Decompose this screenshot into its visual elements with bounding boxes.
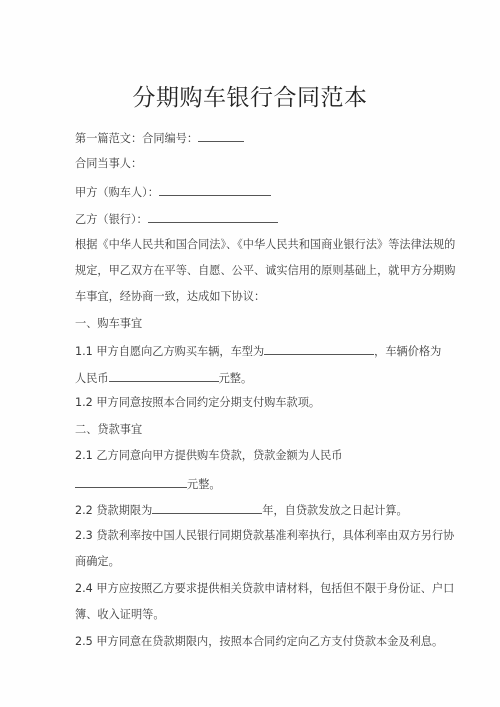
clause-2-2-text: 2.2 贷款期限为 [75, 504, 152, 517]
clause-1-1-text: 1.1 甲方自愿向乙方购买车辆，车型为 [75, 345, 264, 358]
clause-2-3-line-1: 2.3 贷款利率按中国人民银行同期贷款基准利率执行，具体利率由双方另行协 [75, 528, 454, 544]
clause-2-5: 2.5 甲方同意在贷款期限内，按照本合同约定向乙方支付贷款本金及利息。 [75, 634, 443, 650]
yuan-suffix: 元整。 [187, 478, 221, 491]
currency-label: 人民币 [75, 372, 109, 385]
clause-2-3-line-2: 商确定。 [75, 554, 120, 570]
clause-1-1-line-2: 人民币元整。 [75, 369, 252, 387]
party-a-line: 甲方（购车人）： [75, 183, 271, 201]
party-b-field[interactable] [148, 210, 278, 223]
section-2-heading: 二、贷款事宜 [75, 422, 142, 438]
party-b-label: 乙方（银行）： [75, 213, 148, 226]
loan-amount-field[interactable] [75, 475, 187, 488]
preamble-line-1: 根据《中华人民共和国合同法》、《中华人民共和国商业银行法》等法律法规的 [75, 237, 455, 253]
preamble-line-3: 车事宜，经协商一致，达成如下协议： [75, 289, 265, 305]
document-page: 分期购车银行合同范本 第一篇范文：合同编号： 合同当事人： 甲方（购车人）： 乙… [0, 0, 500, 707]
document-title: 分期购车银行合同范本 [0, 83, 500, 113]
clause-2-2-text-2: 年，自贷款发放之日起计算。 [262, 504, 407, 517]
vehicle-price-field[interactable] [109, 369, 219, 382]
parties-label: 合同当事人： [75, 156, 142, 172]
preamble-line-2: 规定，甲乙双方在平等、自愿、公平、诚实信用的原则基础上，就甲方分期购 [75, 263, 455, 279]
clause-2-1-line-2: 元整。 [75, 475, 221, 493]
clause-2-4-line-1: 2.4 甲方应按照乙方要求提供相关贷款申请材料，包括但不限于身份证、户口 [75, 581, 454, 597]
yuan-suffix: 元整。 [219, 372, 253, 385]
clause-1-1-text-2: ，车辆价格为 [374, 345, 441, 358]
party-a-field[interactable] [159, 183, 271, 196]
clause-2-4-line-2: 簿、收入证明等。 [75, 607, 165, 623]
clause-2-2: 2.2 贷款期限为年，自贷款发放之日起计算。 [75, 501, 408, 519]
section-1-heading: 一、购车事宜 [75, 316, 142, 332]
contract-number-label: 第一篇范文：合同编号： [75, 132, 198, 145]
clause-1-2: 1.2 甲方同意按照本合同约定分期支付购车款项。 [75, 395, 320, 411]
clause-1-1-line-1: 1.1 甲方自愿向乙方购买车辆，车型为，车辆价格为 [75, 342, 441, 360]
party-a-label: 甲方（购车人）： [75, 186, 159, 199]
vehicle-model-field[interactable] [264, 342, 374, 355]
party-b-line: 乙方（银行）： [75, 210, 278, 228]
clause-2-1-line-1: 2.1 乙方同意向甲方提供购车贷款，贷款金额为人民币 [75, 448, 342, 464]
contract-number-field[interactable] [198, 129, 244, 142]
loan-term-field[interactable] [152, 501, 262, 514]
contract-number-line: 第一篇范文：合同编号： [75, 129, 244, 147]
